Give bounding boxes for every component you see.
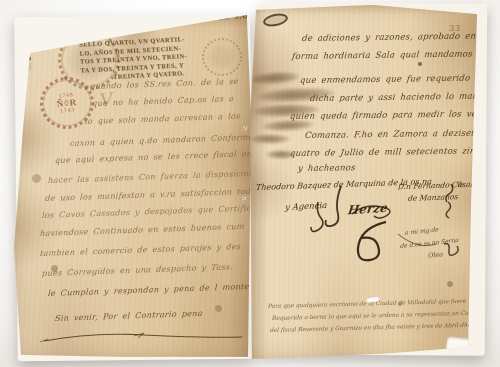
manuscript-line: que no ha benido Cap.os las a	[92, 94, 235, 108]
right-page: 33 de adiciones y razones, aprobado en l…	[248, 2, 478, 360]
manuscript-line: de adiciones y razones, aprobado en la	[301, 31, 489, 44]
manuscript-line: le Cumplan y respondan y pena de l monte	[48, 282, 250, 298]
ink-offset-smudge	[266, 150, 296, 159]
manuscript-line: que enmendamos que fue requerido lo cert…	[299, 73, 500, 86]
ink-speck	[418, 62, 422, 66]
manuscript-line: dicha parte y assi haciendo lo mandado	[309, 91, 500, 104]
manuscript-line: pues Corregidos en una despacho y Tass.	[42, 262, 234, 278]
left-page: VALGA PARA EL REYNADO DE SV MAG. EL S.OR…	[14, 14, 254, 359]
manuscript-line: tambien el comercio de estos parajes y d…	[40, 242, 242, 258]
signature-flourishes	[248, 172, 478, 272]
stamp-year-bottom: 1743	[60, 107, 76, 115]
manuscript-line: quatro de Jullio de mill setecientos zin…	[289, 146, 500, 159]
manuscript-line: lo que solo manda acrescan a los	[85, 112, 241, 126]
closing-line: Requerida o berna lo que aqui se le orde…	[272, 311, 473, 322]
printed-sello-text: SELLO QVARTO, VN QVARTIL- LO, AÑOS DE MI…	[79, 34, 217, 84]
stitch-hole	[242, 125, 246, 129]
manuscript-line: hacer las assistens Con fuerza la dispos…	[48, 169, 255, 185]
manuscript-line: Comanza. F.ho en Zamora a deziseis y	[304, 128, 489, 141]
stitch-hole	[241, 195, 245, 199]
manuscript-line: Sin venir, Por el Contrario pena	[55, 309, 203, 323]
ink-offset-smudge	[250, 134, 290, 144]
photo-background: VALGA PARA EL REYNADO DE SV MAG. EL S.OR…	[0, 0, 500, 367]
closing-line: del fiscal Reverente y Guarnizo en dha f…	[270, 323, 475, 334]
manuscript-line: forma hordinaria Sala qual mandamos y al	[291, 49, 496, 62]
manuscript-line: haviendose Continuado en estos buenos cu…	[40, 222, 245, 238]
manuscript-line: quien queda firmado para medir los vecin…	[289, 109, 500, 122]
closing-rule-flourish	[38, 328, 250, 348]
